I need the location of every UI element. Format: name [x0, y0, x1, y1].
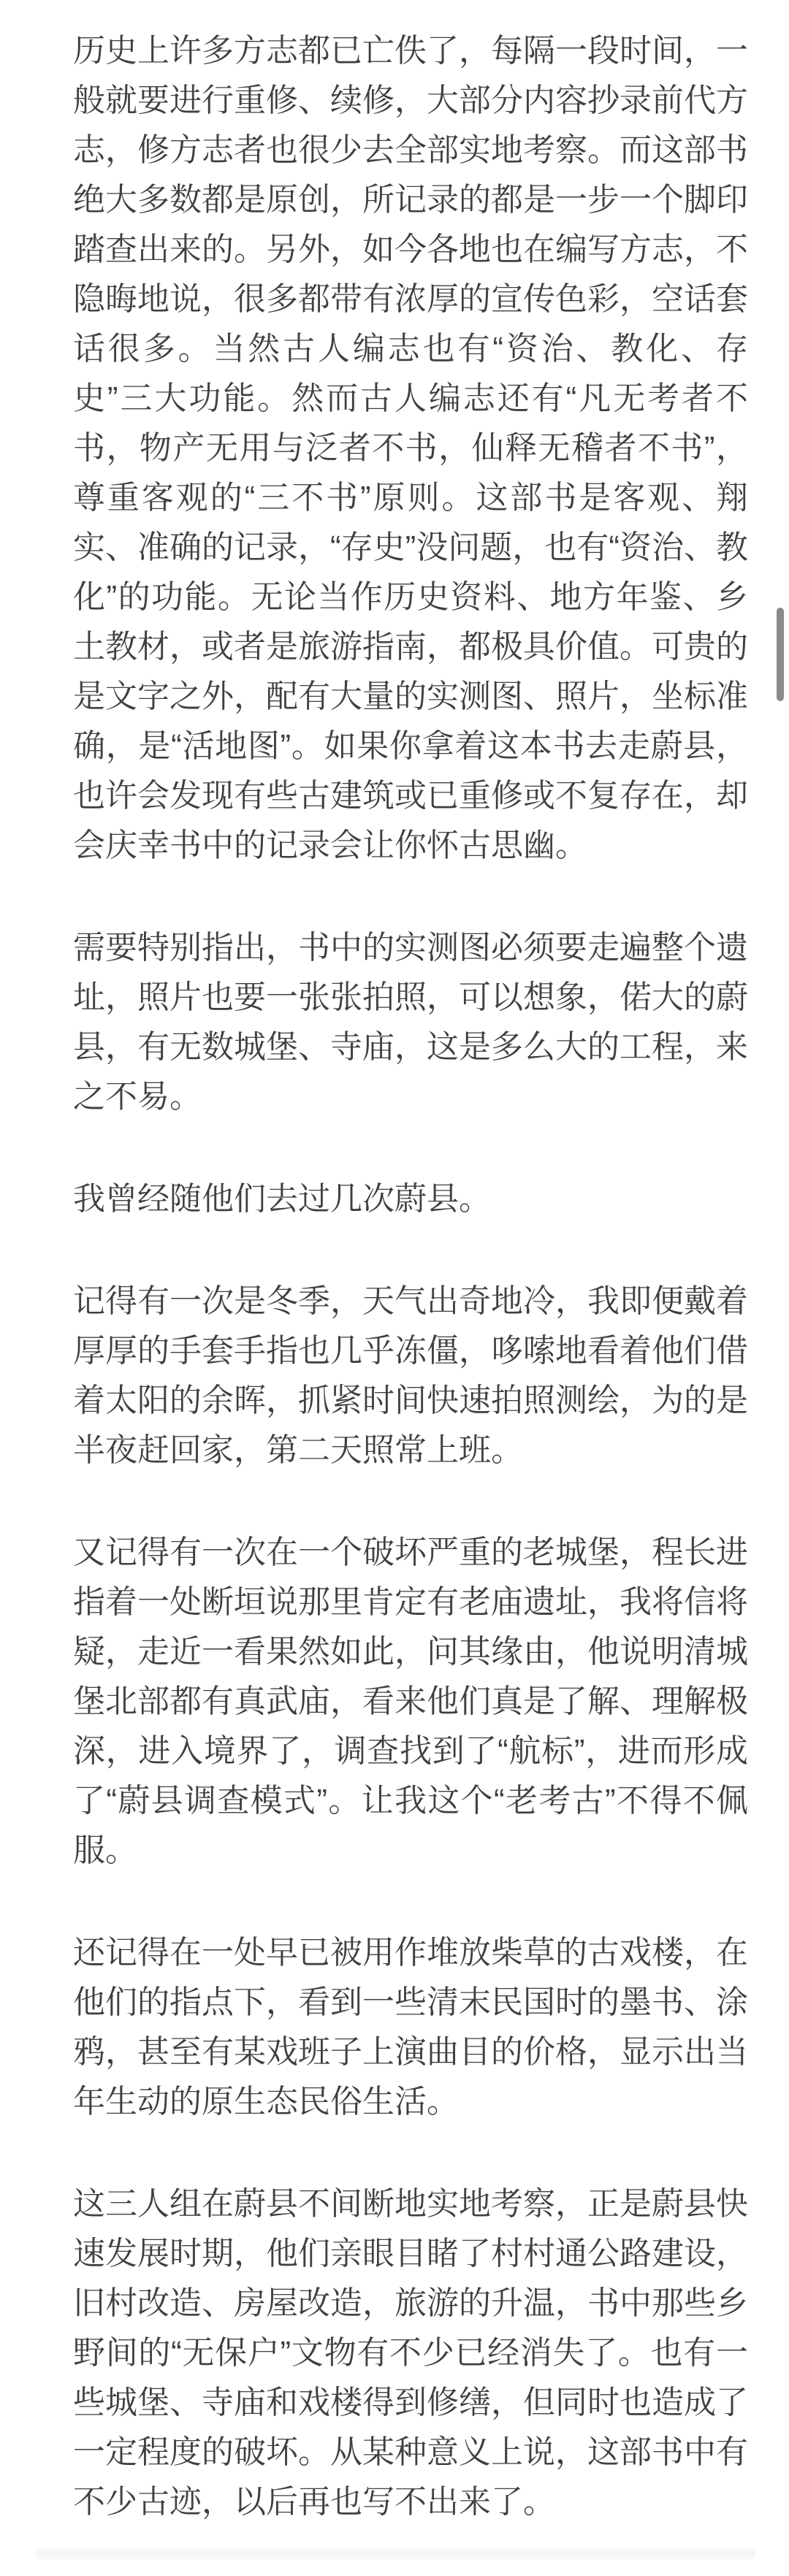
article-body: 历史上许多方志都已亡佚了，每隔一段时间，一般就要进行重修、续修，大部分内容抄录前…: [0, 0, 789, 2527]
article-paragraph: 我曾经随他们去过几次蔚县。: [73, 1174, 748, 1224]
next-card-divider: [35, 2548, 755, 2559]
article-paragraph: 还记得在一处早已被用作堆放柴草的古戏楼，在他们的指点下，看到一些清末民国时的墨书…: [73, 1928, 748, 2127]
article-paragraph: 又记得有一次在一个破坏严重的老城堡，程长进指着一处断垣说那里肯定有老庙遗址，我将…: [73, 1528, 748, 1876]
article-paragraph: 历史上许多方志都已亡佚了，每隔一段时间，一般就要进行重修、续修，大部分内容抄录前…: [73, 26, 748, 871]
article-paragraph: 记得有一次是冬季，天气出奇地冷，我即便戴着厚厚的手套手指也几乎冻僵，哆嗦地看着他…: [73, 1277, 748, 1475]
article-paragraph: 需要特别指出，书中的实测图必须要走遍整个遗址，照片也要一张张拍照，可以想象，偌大…: [73, 923, 748, 1122]
reading-view: 历史上许多方志都已亡佚了，每隔一段时间，一般就要进行重修、续修，大部分内容抄录前…: [0, 0, 789, 2576]
article-paragraph: 这三人组在蔚县不间断地实地考察，正是蔚县快速发展时期，他们亲眼目睹了村村通公路建…: [73, 2179, 748, 2527]
scrollbar-thumb[interactable]: [777, 608, 784, 701]
